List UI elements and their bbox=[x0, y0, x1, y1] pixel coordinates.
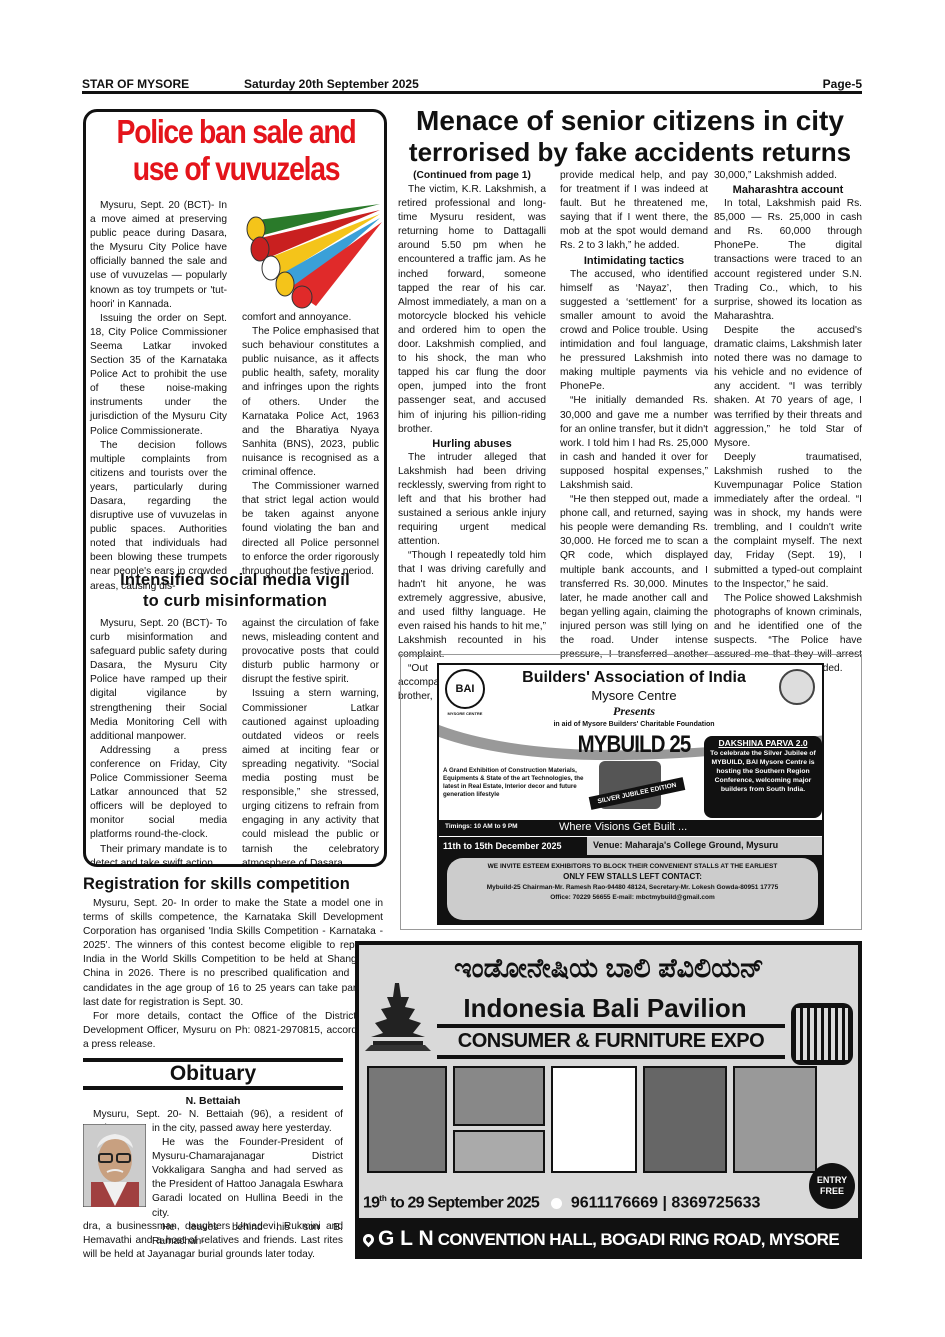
senior-col1: (Continued from page 1) The victim, K.R.… bbox=[398, 169, 546, 704]
obituary-text-bottom: dra, a businessman, daughters Umadevi, R… bbox=[83, 1220, 343, 1262]
skills-headline: Registration for skills competition bbox=[83, 874, 383, 894]
bai-logo-caption: MYSORE CENTRE bbox=[441, 711, 489, 716]
divider bbox=[437, 1055, 785, 1059]
senior-col2: provide medical help, and pay for treatm… bbox=[560, 169, 708, 676]
issue-date: Saturday 20th September 2025 bbox=[244, 77, 419, 91]
bali-title: Indonesia Bali Pavilion bbox=[435, 993, 775, 1023]
mbcf-logo bbox=[779, 669, 815, 705]
vuvuzela-illustration bbox=[240, 196, 385, 310]
social-media-col2: against the circulation of fake news, mi… bbox=[242, 617, 379, 871]
phone-icon bbox=[551, 1198, 562, 1209]
senior-headline: Menace of senior citizens in city terror… bbox=[397, 104, 863, 166]
bali-ad-panel: ಇಂಡೋನೇಷಿಯ ಬಾಲಿ ಪೆವಿಲಿಯನ್ Indonesia Bali … bbox=[359, 945, 858, 1218]
obituary-name: N. Bettaiah bbox=[83, 1095, 343, 1107]
social-media-headline: Intensified social media vigil to curb m… bbox=[86, 570, 384, 612]
bai-org-name: Builders' Association of India bbox=[489, 669, 779, 687]
timings-bar: Timings: 10 AM to 9 PM Where Visions Get… bbox=[439, 820, 824, 836]
bai-in-aid: in aid of Mysore Builders' Charitable Fo… bbox=[489, 721, 779, 728]
masthead: STAR OF MYSORE Saturday 20th September 2… bbox=[82, 76, 862, 94]
expo-subtitle: CONSUMER & FURNITURE EXPO bbox=[433, 1029, 789, 1053]
contact-panel: WE INVITE ESTEEM EXHIBITORS TO BLOCK THE… bbox=[447, 858, 818, 920]
skills-body: Mysuru, Sept. 20- In order to make the S… bbox=[83, 897, 383, 1052]
bali-advertisement[interactable]: ಇಂಡೋನೇಷಿಯ ಬಾಲಿ ಪೆವಿಲಿಯನ್ Indonesia Bali … bbox=[355, 941, 862, 1259]
photo-sofa bbox=[453, 1130, 545, 1173]
photo-garden bbox=[643, 1066, 727, 1173]
dakshina-parva-panel: DAKSHINA PARVA 2.0 To celebrate the Silv… bbox=[704, 736, 822, 818]
photo-swing-bed bbox=[367, 1066, 447, 1173]
entry-free-badge: ENTRY FREE bbox=[809, 1163, 855, 1209]
senior-col3: 30,000,” Lakshmish added. Maharashtra ac… bbox=[714, 169, 862, 676]
social-media-col1: Mysuru, Sept. 20 (BCT)- To curb misinfor… bbox=[90, 617, 227, 871]
bai-advertisement[interactable]: BAI MYSORE CENTRE Builders' Association … bbox=[437, 663, 824, 925]
bai-logo: BAI bbox=[445, 669, 485, 709]
qr-code[interactable] bbox=[791, 1003, 853, 1065]
bai-presents: Presents bbox=[489, 704, 779, 719]
location-pin-icon bbox=[361, 1232, 377, 1248]
mybuild-description: A Grand Exhibition of Construction Mater… bbox=[443, 767, 591, 799]
kannada-title: ಇಂಡೋನೇಷಿಯ ಬಾಲಿ ಪೆವಿಲಿಯನ್ bbox=[369, 951, 849, 985]
obituary-portrait bbox=[83, 1124, 146, 1207]
vuvuzela-col1: Mysuru, Sept. 20 (BCT)- In a move aimed … bbox=[90, 199, 227, 594]
bai-centre: Mysore Centre bbox=[489, 688, 779, 703]
divider bbox=[437, 1024, 785, 1028]
page-number: Page-5 bbox=[823, 77, 862, 91]
contact-bar: WE INVITE ESTEEM EXHIBITORS TO BLOCK THE… bbox=[439, 855, 824, 925]
bali-dates-phones: 19th to 29 September 2025 9611176669 | 8… bbox=[363, 1189, 803, 1213]
vuvuzela-headline: Police ban sale and use of vuvuzelas bbox=[88, 113, 384, 187]
photo-masks bbox=[551, 1066, 637, 1173]
product-photos bbox=[367, 1066, 851, 1173]
bali-temple-icon bbox=[365, 983, 431, 1053]
mybuild-title: MYBUILD 25 bbox=[570, 731, 698, 759]
obituary-section-title: Obituary bbox=[83, 1058, 343, 1090]
paper-name: STAR OF MYSORE bbox=[82, 77, 189, 91]
bali-venue: G L N CONVENTION HALL, BOGADI RING ROAD,… bbox=[363, 1227, 858, 1252]
photo-dining-set bbox=[453, 1066, 545, 1126]
vuvuzela-col2: comfort and annoyance. The Police emphas… bbox=[242, 311, 379, 579]
dates-venue-bar: 11th to 15th December 2025 Venue: Mahara… bbox=[439, 837, 824, 855]
photo-jewellery bbox=[733, 1066, 817, 1173]
